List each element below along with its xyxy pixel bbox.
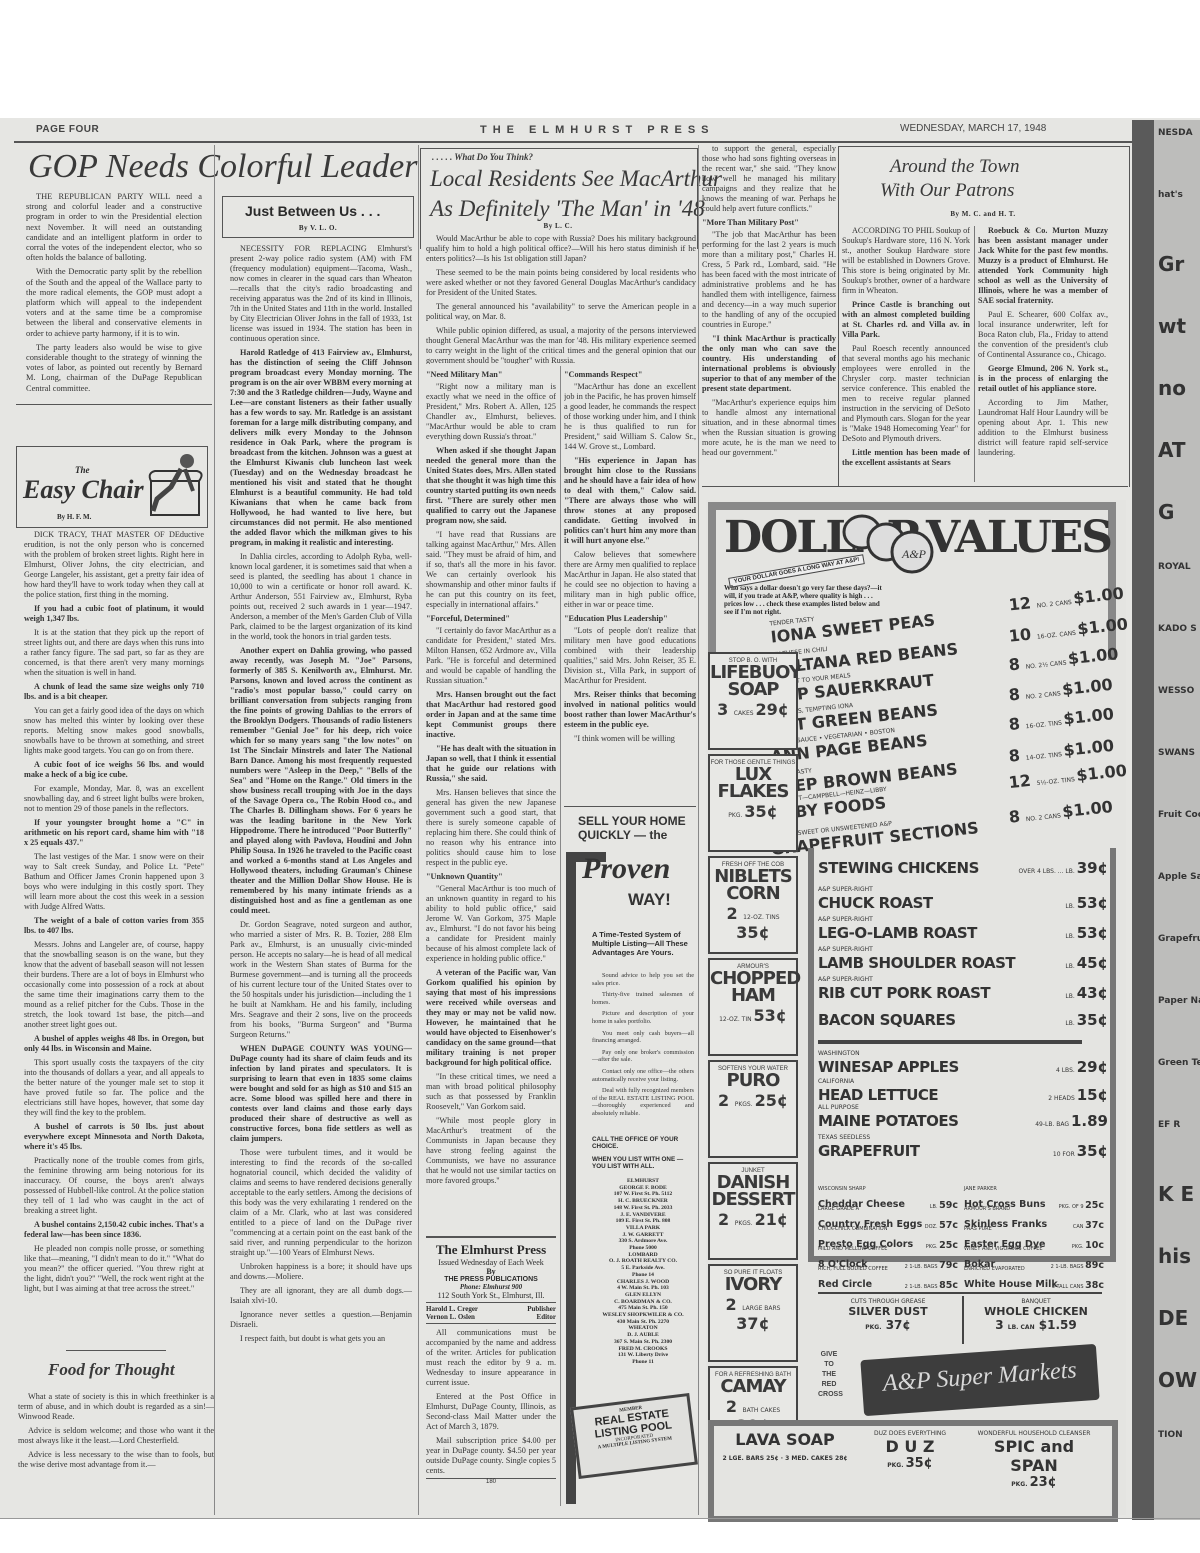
item-tag: WINEY AND VIGOROUS COFFEE bbox=[964, 1246, 1104, 1252]
paragraph: Would MacArthur be able to cope with Rus… bbox=[426, 234, 696, 264]
item-tag: ALL PURPOSE bbox=[818, 1104, 1108, 1111]
publisher-org: THE PRESS PUBLICATIONS bbox=[426, 1276, 556, 1283]
proven-script: Proven bbox=[582, 852, 670, 886]
item-unit: LB. bbox=[1065, 993, 1076, 1000]
meat-produce-item: STEWING CHICKENSOVER 4 LBS. ... LB. 39¢ bbox=[818, 858, 1108, 877]
real-estate-subhead: A Time-Tested System of Multiple Listing… bbox=[592, 930, 694, 957]
paragraph: Mail subscription price $4.00 per year i… bbox=[426, 1436, 556, 1476]
staff-role: Publisher bbox=[527, 1305, 556, 1313]
paragraph: Advice is less necessary to the wise tha… bbox=[18, 1450, 214, 1470]
item-tag: CALIFORNIA bbox=[818, 1078, 1108, 1085]
office-line: 148 W. First St. Ph. 2033 bbox=[592, 1205, 694, 1212]
item-unit: NO. 2 CANS bbox=[1026, 812, 1064, 823]
paragraph: Unbroken happiness is a bore; it should … bbox=[230, 1262, 412, 1282]
red-cross-note: GIVE TO THE RED CROSS bbox=[818, 1350, 840, 1400]
fragment-text: Green Tea Ba bbox=[1158, 1058, 1200, 1068]
item-price: PKG. 35¢ bbox=[710, 802, 796, 821]
silver-dust-tag: CUTS THROUGH GREASE bbox=[818, 1298, 958, 1305]
paragraph: These seemed to be the main points being… bbox=[426, 268, 696, 298]
office-line: O. J. ROATH REALTY CO. bbox=[592, 1258, 694, 1265]
side-item-box: JUNKETDANISH DESSERT2 PKGS. 21¢ bbox=[708, 1162, 798, 1260]
staff-row: Harold L. CregerPublisher bbox=[426, 1305, 556, 1313]
item-name: WINESAP APPLES bbox=[818, 1058, 959, 1076]
item-qty: 2 bbox=[718, 1091, 735, 1110]
paragraph: Paul Roesch recently announced that seve… bbox=[842, 344, 970, 444]
publisher-notes: All communications must be accompanied b… bbox=[426, 1328, 556, 1478]
meat-produce-item: BACON SQUARESLB. 35¢ bbox=[818, 1010, 1108, 1029]
item-unit: OVER 4 LBS. ... LB. bbox=[1018, 868, 1076, 875]
paragraph: While public opinion differed, as usual,… bbox=[426, 326, 696, 364]
divider bbox=[818, 1292, 1102, 1294]
item-tag: ARMOUR'S BRAND bbox=[964, 1206, 1104, 1212]
macarthur-intro: Would MacArthur be able to cope with Rus… bbox=[426, 234, 696, 364]
paragraph: "He has dealt with the situation in Japa… bbox=[426, 744, 556, 784]
item-tag: TEXAS SEEDLESS bbox=[818, 1134, 1108, 1141]
item-name: NIBLETS CORN bbox=[710, 868, 796, 902]
fragment-text: NESDA bbox=[1158, 128, 1193, 138]
staff-row: Vernon L. OslenEditor bbox=[426, 1313, 556, 1321]
fragment-text: Gr bbox=[1158, 252, 1184, 276]
item-price: 49-LB. BAG 1.89 bbox=[1035, 1112, 1108, 1130]
column-title: Just Between Us . . . bbox=[245, 203, 380, 219]
item-price: 3 TALL CANS 38c bbox=[1052, 1280, 1104, 1291]
divider bbox=[564, 806, 696, 807]
item-name: RIB CUT PORK ROAST bbox=[818, 984, 990, 1002]
item-tag: WONDERFUL HOUSEHOLD CLEANSER bbox=[968, 1430, 1100, 1437]
item-unit: 16-OZ. CANS bbox=[1037, 630, 1079, 641]
item-price: 2 LARGE BARS 37¢ bbox=[710, 1295, 796, 1333]
column-rule bbox=[560, 366, 561, 1506]
adjacent-page-strip: NESDAhat'sGrwtnoATGROYALKADO SWESSOSWANS… bbox=[1132, 120, 1200, 1520]
item-name: Red Circle bbox=[818, 1279, 872, 1290]
issue-date: WEDNESDAY, MARCH 17, 1948 bbox=[900, 123, 1046, 134]
item-price: 2 1-LB. BAGS 85c bbox=[905, 1280, 958, 1291]
easy-chair-kicker: The bbox=[75, 465, 90, 475]
item-unit: 2 LGE. BARS 25¢ · 3 MED. CAKES 28¢ bbox=[722, 1455, 847, 1462]
publisher-staff: Harold L. CregerPublisherVernon L. Oslen… bbox=[426, 1303, 556, 1324]
office-line: C. BOARDMAN & CO. bbox=[592, 1299, 694, 1306]
subhead: "Unknown Quantity" bbox=[426, 872, 556, 882]
divider bbox=[702, 486, 1128, 487]
paragraph: "Right now a military man is exactly wha… bbox=[426, 382, 556, 442]
editorial-headline: GOP Needs Colorful Leader bbox=[28, 148, 417, 186]
item-tag: JANE PARKER bbox=[964, 1186, 1104, 1192]
meat-produce-item: TEXAS SEEDLESSGRAPEFRUIT10 FOR 35¢ bbox=[818, 1134, 1108, 1160]
meat-produce-item: A&P SUPER-RIGHTCHUCK ROASTLB. 53¢ bbox=[818, 886, 1108, 912]
item-price-value: 25¢ bbox=[755, 1091, 788, 1110]
easy-chair-header: The Easy Chair By H. F. M. bbox=[16, 446, 208, 528]
office-line: Phone 11 bbox=[592, 1359, 694, 1366]
office-town: LOMBARD bbox=[592, 1252, 694, 1259]
item-price: OVER 4 LBS. ... LB. 39¢ bbox=[1018, 859, 1108, 877]
paragraph: "I certainly do favor MacArthur as a can… bbox=[426, 626, 556, 686]
paragraph: Picture and description of your home in … bbox=[592, 1010, 694, 1025]
fragment-text: Fruit Cocktail bbox=[1158, 810, 1200, 820]
masthead: PAGE FOUR THE ELMHURST PRESS WEDNESDAY, … bbox=[0, 120, 1130, 142]
item-price: LB. 53¢ bbox=[1065, 894, 1108, 912]
paragraph: Prince Castle is branching out with an a… bbox=[842, 300, 970, 340]
item-price-value: 1.89 bbox=[1071, 1112, 1108, 1130]
side-item-box: SOFTENS YOUR WATERPURO2 PKGS. 25¢ bbox=[708, 1060, 798, 1158]
fragment-text: SWANS bbox=[1158, 748, 1195, 758]
macarthur-headline-line2: As Definitely 'The Man' in '48 bbox=[430, 196, 705, 222]
item-price: PKG. 23¢ bbox=[968, 1475, 1100, 1490]
bottom-item: DUZ DOES EVERYTHINGD U ZPKG. 35¢ bbox=[858, 1430, 962, 1471]
item-tag: PAAS PURE bbox=[964, 1226, 1104, 1232]
publisher-issued: Issued Wednesday of Each Week bbox=[426, 1258, 556, 1267]
paragraph: "Lots of people don't realize that milit… bbox=[564, 626, 696, 686]
paragraph: I respect faith, but doubt is what gets … bbox=[230, 1334, 412, 1344]
around-town-column-1: ACCORDING TO PHIL Soukup of Soukup's Har… bbox=[842, 226, 970, 482]
item-unit: PKG. bbox=[728, 812, 744, 819]
item-unit: PKG. bbox=[1011, 1481, 1029, 1488]
item-name: CAMAY bbox=[710, 1378, 796, 1395]
item-unit: CAKES bbox=[734, 710, 756, 717]
office-line: 367 S. Main St. Ph. 2300 bbox=[592, 1339, 694, 1346]
office-line: FRED M. CROOKS bbox=[592, 1346, 694, 1353]
paragraph: Sound advice to help you set the sales p… bbox=[592, 972, 694, 987]
item-name: LAMB SHOULDER ROAST bbox=[818, 954, 1015, 972]
macarthur-kicker: . . . . . What Do You Think? bbox=[432, 152, 533, 162]
item-qty: 8 bbox=[1008, 684, 1027, 705]
page-fold-shadow bbox=[1132, 120, 1154, 1520]
office-town: WHEATON bbox=[592, 1325, 694, 1332]
meat-produce-item: ALL PURPOSEMAINE POTATOES49-LB. BAG 1.89 bbox=[818, 1104, 1108, 1130]
item-price-value: 85c bbox=[939, 1280, 958, 1291]
whole-chicken-unit: LB. CAN bbox=[1008, 1324, 1035, 1331]
item-tag: A&P SUPER-RIGHT bbox=[818, 946, 1108, 953]
item-price: 12-OZ. TIN 53¢ bbox=[710, 1006, 796, 1025]
item-price: 2 PKGS. 21¢ bbox=[710, 1210, 796, 1229]
office-line: WESLEY SHOPKWILER & CO. bbox=[592, 1312, 694, 1319]
paragraph: Little mention has been made of the exce… bbox=[842, 448, 970, 468]
silver-dust-name: SILVER DUST bbox=[818, 1305, 958, 1318]
paragraph: According to Jim Mather, Laundromat Half… bbox=[978, 398, 1108, 458]
publisher-box: The Elmhurst Press Issued Wednesday of E… bbox=[426, 1236, 556, 1508]
paragraph: Those were turbulent times, and it would… bbox=[230, 1148, 412, 1258]
item-unit: 12-OZ. TINS bbox=[743, 914, 779, 921]
item-price-value: 29¢ bbox=[756, 700, 789, 719]
paragraph: Roebuck & Co. Murton Muzzy has been assi… bbox=[978, 226, 1108, 306]
around-town-title-2: With Our Patrons bbox=[880, 180, 1014, 202]
paragraph: Mrs. Hansen brought out the fact that Ma… bbox=[426, 690, 556, 740]
fragment-text: G bbox=[1158, 500, 1174, 524]
paragraph: They are all ignorant, they are all dumb… bbox=[230, 1286, 412, 1306]
side-item-box: FOR THOSE GENTLE THINGSLUX FLAKESPKG. 35… bbox=[708, 754, 798, 852]
grocery-item: RICH, FULL BODIED COFFEERed Circle2 1-LB… bbox=[818, 1266, 958, 1291]
item-price: LB. 35¢ bbox=[1065, 1011, 1108, 1029]
item-qty: 2 bbox=[718, 1210, 735, 1229]
item-price-value: 53¢ bbox=[1077, 924, 1108, 942]
item-tag: A&P SUPER-RIGHT bbox=[818, 976, 1108, 983]
item-name: GRAPEFRUIT bbox=[818, 1142, 920, 1160]
item-unit: NO. 2 CANS bbox=[1037, 599, 1075, 610]
meat-produce-item: WASHINGTONWINESAP APPLES4 LBS. 29¢ bbox=[818, 1050, 1108, 1076]
item-unit: 14-OZ. TINS bbox=[1025, 751, 1064, 762]
paragraph: The weight of a bale of cotton varies fr… bbox=[24, 916, 204, 936]
paragraph: "I have read that Russians are talking a… bbox=[426, 530, 556, 610]
meat-produce-item: A&P SUPER-RIGHTLEG-O-LAMB ROASTLB. 53¢ bbox=[818, 916, 1108, 942]
staff-role: Editor bbox=[537, 1313, 556, 1321]
item-price-value: 43¢ bbox=[1077, 984, 1108, 1002]
office-line: CHARLES J. WOOD bbox=[592, 1279, 694, 1286]
item-price-value: 35¢ bbox=[1077, 1142, 1108, 1160]
paragraph: Contact only one office—the others autom… bbox=[592, 1068, 694, 1083]
item-name: BACON SQUARES bbox=[818, 1011, 956, 1029]
item-qty: 8 bbox=[1008, 806, 1027, 827]
item-price: 2 12-OZ. TINS 35¢ bbox=[710, 904, 796, 942]
union-label: 180 bbox=[426, 1478, 556, 1485]
item-qty: 12 bbox=[1008, 593, 1038, 615]
item-price-value: 29¢ bbox=[1077, 1058, 1108, 1076]
item-tag: WISCONSIN SHARP bbox=[818, 1186, 958, 1192]
real-estate-way: WAY! bbox=[628, 890, 671, 910]
paragraph: NECESSITY FOR REPLACING Elmhurst's prese… bbox=[230, 244, 412, 344]
around-town-byline: By M. C. and H. T. bbox=[838, 210, 1128, 218]
item-price: 2 LGE. BARS 25¢ · 3 MED. CAKES 28¢ bbox=[716, 1449, 854, 1464]
fragment-text: EF R bbox=[1158, 1120, 1180, 1130]
item-qty: 8 bbox=[1008, 654, 1027, 675]
item-price-value: 45¢ bbox=[1077, 954, 1108, 972]
paragraph: This sport usually costs the taxpayers o… bbox=[24, 1058, 204, 1118]
item-name: MAINE POTATOES bbox=[818, 1112, 958, 1130]
office-line: H. C. BRUECKNER bbox=[592, 1198, 694, 1205]
item-price: 2 PKGS. 25¢ bbox=[710, 1091, 796, 1110]
side-item-box: FRESH OFF THE COBNIBLETS CORN2 12-OZ. TI… bbox=[708, 856, 798, 954]
meat-produce-divider bbox=[818, 1040, 1082, 1044]
publisher-by: By bbox=[426, 1267, 556, 1276]
publisher-phone: Phone: Elmhurst 900 bbox=[426, 1283, 556, 1291]
paragraph: "While most people glory in MacArthur's … bbox=[426, 1116, 556, 1186]
paragraph: "I think MacArthur is practically the on… bbox=[702, 334, 836, 394]
around-town-title-1: Around the Town bbox=[890, 156, 1020, 178]
fragment-text: AT bbox=[1158, 438, 1186, 462]
paragraph: Mrs. Hansen believes that since the gene… bbox=[426, 788, 556, 868]
item-price-value: 23¢ bbox=[1030, 1475, 1057, 1490]
office-line: 131 W. Liberty Drive bbox=[592, 1352, 694, 1359]
listing-pool-sign: MEMBER REAL ESTATE LISTING POOL INCORPOR… bbox=[570, 1393, 698, 1479]
paragraph: What a state of society is this in which… bbox=[18, 1392, 214, 1422]
divider bbox=[16, 404, 212, 405]
item-tag: MILD AND MELLOW COFFEE bbox=[818, 1246, 958, 1252]
paper-name: THE ELMHURST PRESS bbox=[480, 124, 715, 136]
fragment-text: ROYAL bbox=[1158, 562, 1191, 572]
item-unit: 49-LB. BAG bbox=[1035, 1121, 1071, 1128]
office-town: VILLA PARK bbox=[592, 1225, 694, 1232]
paragraph: WHEN DuPAGE COUNTY WAS YOUNG—DuPage coun… bbox=[230, 1044, 412, 1144]
paragraph: A bushel of apples weighs 48 lbs. in Ore… bbox=[24, 1034, 204, 1054]
paragraph: You can get a fairly good idea of the da… bbox=[24, 706, 204, 756]
fragment-text: wt bbox=[1158, 314, 1186, 338]
paragraph: It is at the station that they pick up t… bbox=[24, 628, 204, 678]
bottom-item: WONDERFUL HOUSEHOLD CLEANSERSPIC and SPA… bbox=[968, 1430, 1100, 1490]
fragment-text: hat's bbox=[1158, 190, 1183, 200]
item-tag: A&P SUPER-RIGHT bbox=[818, 886, 1108, 893]
fragment-text: TION bbox=[1158, 1430, 1183, 1440]
item-price-value: 35¢ bbox=[744, 802, 777, 821]
paragraph: Dr. Gordon Seagrave, noted surgeon and a… bbox=[230, 920, 412, 1040]
values-title: VALUES bbox=[926, 512, 1111, 563]
macarthur-headline-line1: Local Residents See MacArthur bbox=[430, 166, 722, 192]
paragraph: If your youngster brought home a "C" in … bbox=[24, 818, 204, 848]
macarthur-byline: By L. C. bbox=[420, 222, 696, 230]
editorial-body: THE REPUBLICAN PARTY WILL need a strong … bbox=[26, 192, 202, 397]
item-unit: 2 HEADS bbox=[1048, 1095, 1076, 1102]
around-town-column-2: Roebuck & Co. Murton Muzzy has been assi… bbox=[978, 226, 1108, 482]
armchair-man-icon bbox=[147, 451, 205, 521]
item-unit: PKGS. bbox=[735, 1101, 755, 1108]
fragment-text: his bbox=[1158, 1244, 1191, 1268]
divider bbox=[66, 1350, 166, 1351]
paragraph: If you had a cubic foot of platinum, it … bbox=[24, 604, 204, 624]
item-price: LB. 43¢ bbox=[1065, 984, 1108, 1002]
paragraph: With the Democratic party split by the r… bbox=[26, 267, 202, 338]
paragraph: The party leaders also would be wise to … bbox=[26, 343, 202, 394]
item-unit: 12-OZ. TIN bbox=[719, 1016, 753, 1023]
paragraph: "General MacArthur is too much of an unk… bbox=[426, 884, 556, 964]
paragraph: to support the general, especially those… bbox=[702, 144, 836, 214]
item-qty: 8 bbox=[1008, 745, 1027, 766]
office-line: 330 S. Ardmore Ave. bbox=[592, 1238, 694, 1245]
paragraph: You meet only cash buyers—all financing … bbox=[592, 1030, 694, 1045]
office-town: ELMHURST bbox=[592, 1178, 694, 1185]
item-price: LB. 45¢ bbox=[1065, 954, 1108, 972]
item-price-value: 38c bbox=[1085, 1280, 1104, 1291]
item-qty: 3 bbox=[717, 700, 734, 719]
paragraph: A chunk of lead the same size weighs onl… bbox=[24, 682, 204, 702]
office-line: 4 W. Main St. Ph. 103 bbox=[592, 1285, 694, 1292]
silver-dust-unit: PKG. bbox=[865, 1324, 881, 1331]
item-price: 10 FOR 35¢ bbox=[1053, 1142, 1108, 1160]
macarthur-column-1: "Need Military Man""Right now a military… bbox=[426, 366, 556, 1236]
office-line: J. E. VANDIVERE bbox=[592, 1212, 694, 1219]
whole-chicken-tag: BANQUET bbox=[966, 1298, 1106, 1305]
real-estate-headline: SELL YOUR HOME QUICKLY — the bbox=[578, 814, 688, 842]
item-price-value: 39¢ bbox=[1077, 859, 1108, 877]
bottom-item: LAVA SOAP2 LGE. BARS 25¢ · 3 MED. CAKES … bbox=[716, 1430, 854, 1464]
real-estate-list: WHEN YOU LIST WITH ONE —YOU LIST WITH AL… bbox=[592, 1156, 694, 1170]
paragraph: All communications must be accompanied b… bbox=[426, 1328, 556, 1388]
subhead: "Education Plus Leadership" bbox=[564, 614, 696, 624]
subhead: "Commands Respect" bbox=[564, 370, 696, 380]
office-line: 107 W. First St. Ph. 5112 bbox=[592, 1191, 694, 1198]
item-price-value: 35¢ bbox=[736, 923, 769, 942]
paragraph: The general announced his "availability"… bbox=[426, 302, 696, 322]
item-name: CHOPPED HAM bbox=[710, 970, 796, 1004]
item-price: 3 CAKES 29¢ bbox=[710, 700, 796, 719]
item-unit: LB. bbox=[1065, 963, 1076, 970]
office-line: 430 Main St. Ph. 2270 bbox=[592, 1319, 694, 1326]
office-line: GEORGE F. BODE bbox=[592, 1185, 694, 1192]
whole-chicken-price: $1.59 bbox=[1039, 1318, 1077, 1332]
paragraph: Messrs. Johns and Langeler are, of cours… bbox=[24, 940, 204, 1030]
item-unit: 2 1-LB. BAGS bbox=[905, 1284, 940, 1290]
item-price: 2 HEADS 15¢ bbox=[1048, 1086, 1108, 1104]
item-unit: LB. bbox=[1065, 933, 1076, 940]
item-name: LAVA SOAP bbox=[716, 1430, 854, 1449]
item-price-value: 53¢ bbox=[1077, 894, 1108, 912]
office-line: 475 Main St. Ph. 150 bbox=[592, 1305, 694, 1312]
item-tag: RICH, FULL BODIED COFFEE bbox=[818, 1266, 958, 1272]
paragraph: Entered at the Post Office in Elmhurst, … bbox=[426, 1392, 556, 1432]
item-price: 4 LBS. 29¢ bbox=[1056, 1058, 1108, 1076]
macarthur-column-2: "Commands Respect""MacArthur has done an… bbox=[564, 366, 696, 766]
item-unit: LARGE BARS bbox=[742, 1305, 780, 1312]
item-qty: 12 bbox=[1008, 770, 1038, 792]
ap-banner-text: A&P Super Markets bbox=[861, 1356, 1098, 1399]
item-tag: ENRICHED EVAPORATED bbox=[964, 1266, 1104, 1272]
meat-produce-item: A&P SUPER-RIGHTRIB CUT PORK ROASTLB. 43¢ bbox=[818, 976, 1108, 1002]
item-name: HEAD LETTUCE bbox=[818, 1086, 938, 1104]
office-line: D. J. AUBLE bbox=[592, 1332, 694, 1339]
paragraph: A cubic foot of ice weighs 56 lbs. and w… bbox=[24, 760, 204, 780]
real-estate-points: Sound advice to help you set the sales p… bbox=[592, 972, 694, 1132]
real-estate-offices: ELMHURSTGEORGE F. BODE107 W. First St. P… bbox=[592, 1178, 694, 1366]
just-between-us-header: Just Between Us . . . By V. L. O. bbox=[222, 196, 414, 238]
fragment-text: no bbox=[1158, 376, 1186, 400]
office-line: 109 E. First St. Ph. 808 bbox=[592, 1218, 694, 1225]
subhead: "More Than Military Post" bbox=[702, 218, 836, 228]
scan-bottom-edge bbox=[0, 1518, 1200, 1519]
paragraph: When asked if she thought Japan needed t… bbox=[426, 446, 556, 526]
fragment-text: Paper Napkin bbox=[1158, 996, 1200, 1006]
item-unit: PKG. bbox=[887, 1462, 905, 1469]
staff-name: Harold L. Creger bbox=[426, 1305, 478, 1313]
paragraph: In Dahlia circles, according to Adolph R… bbox=[230, 552, 412, 642]
easy-chair-byline: By H. F. M. bbox=[57, 513, 91, 521]
paragraph: A bushel of carrots is 50 lbs. just abou… bbox=[24, 1122, 204, 1152]
item-price: LB. 53¢ bbox=[1065, 924, 1108, 942]
paragraph: ACCORDING TO PHIL Soukup of Soukup's Har… bbox=[842, 226, 970, 296]
easy-chair-body: DICK TRACY, THAT MASTER OF DEductive eru… bbox=[24, 530, 204, 1330]
paragraph: "I think women will be willing bbox=[564, 734, 696, 744]
item-name: LEG-O-LAMB ROAST bbox=[818, 924, 977, 942]
paragraph: "In these critical times, we need a man … bbox=[426, 1072, 556, 1112]
side-item-box: SO PURE IT FLOATSIVORY2 LARGE BARS 37¢ bbox=[708, 1264, 798, 1362]
item-tag: LARGE GRADE A bbox=[818, 1206, 958, 1212]
item-unit: 16-OZ. TINS bbox=[1025, 719, 1064, 730]
silver-dust-ad: CUTS THROUGH GREASE SILVER DUST PKG. 37¢ bbox=[818, 1298, 958, 1332]
paragraph: Thirty-five trained salesmen of homes. bbox=[592, 991, 694, 1006]
whole-chicken-qty: 3 bbox=[995, 1318, 1003, 1332]
item-name: SPIC and SPAN bbox=[968, 1437, 1100, 1475]
item-tag: A&P SUPER-RIGHT bbox=[818, 916, 1108, 923]
paragraph: The last vestiges of the Mar. 1 snow wer… bbox=[24, 852, 204, 912]
item-qty: 2 bbox=[726, 904, 743, 923]
item-name: PURO bbox=[710, 1072, 796, 1089]
subhead: "Need Military Man" bbox=[426, 370, 556, 380]
item-price-value: 15¢ bbox=[1077, 1086, 1108, 1104]
paragraph: "His experience in Japan has brought him… bbox=[564, 456, 696, 546]
paragraph: "MacArthur's experience equips him to ha… bbox=[702, 398, 836, 458]
divider bbox=[962, 1296, 964, 1344]
item-name: CHUCK ROAST bbox=[818, 894, 933, 912]
office-line: J. W. GARRETT bbox=[592, 1232, 694, 1239]
grocery-item: ENRICHED EVAPORATEDWhite House Milk3 TAL… bbox=[964, 1266, 1104, 1291]
paragraph: Ignorance never settles a question.—Benj… bbox=[230, 1310, 412, 1330]
item-price-value: 35¢ bbox=[906, 1456, 933, 1471]
item-price: PKG. 35¢ bbox=[858, 1456, 962, 1471]
column-rule bbox=[418, 145, 419, 1515]
item-tag: DUZ DOES EVERYTHING bbox=[858, 1430, 962, 1437]
paragraph: DICK TRACY, THAT MASTER OF DEductive eru… bbox=[24, 530, 204, 600]
item-name: STEWING CHICKENS bbox=[818, 859, 979, 877]
item-name: D U Z bbox=[858, 1437, 962, 1456]
item-price-value: 21¢ bbox=[755, 1210, 788, 1229]
paragraph: "The job that MacArthur has been perform… bbox=[702, 230, 836, 330]
item-qty: 8 bbox=[1008, 713, 1027, 734]
whole-chicken-name: WHOLE CHICKEN bbox=[966, 1305, 1106, 1318]
